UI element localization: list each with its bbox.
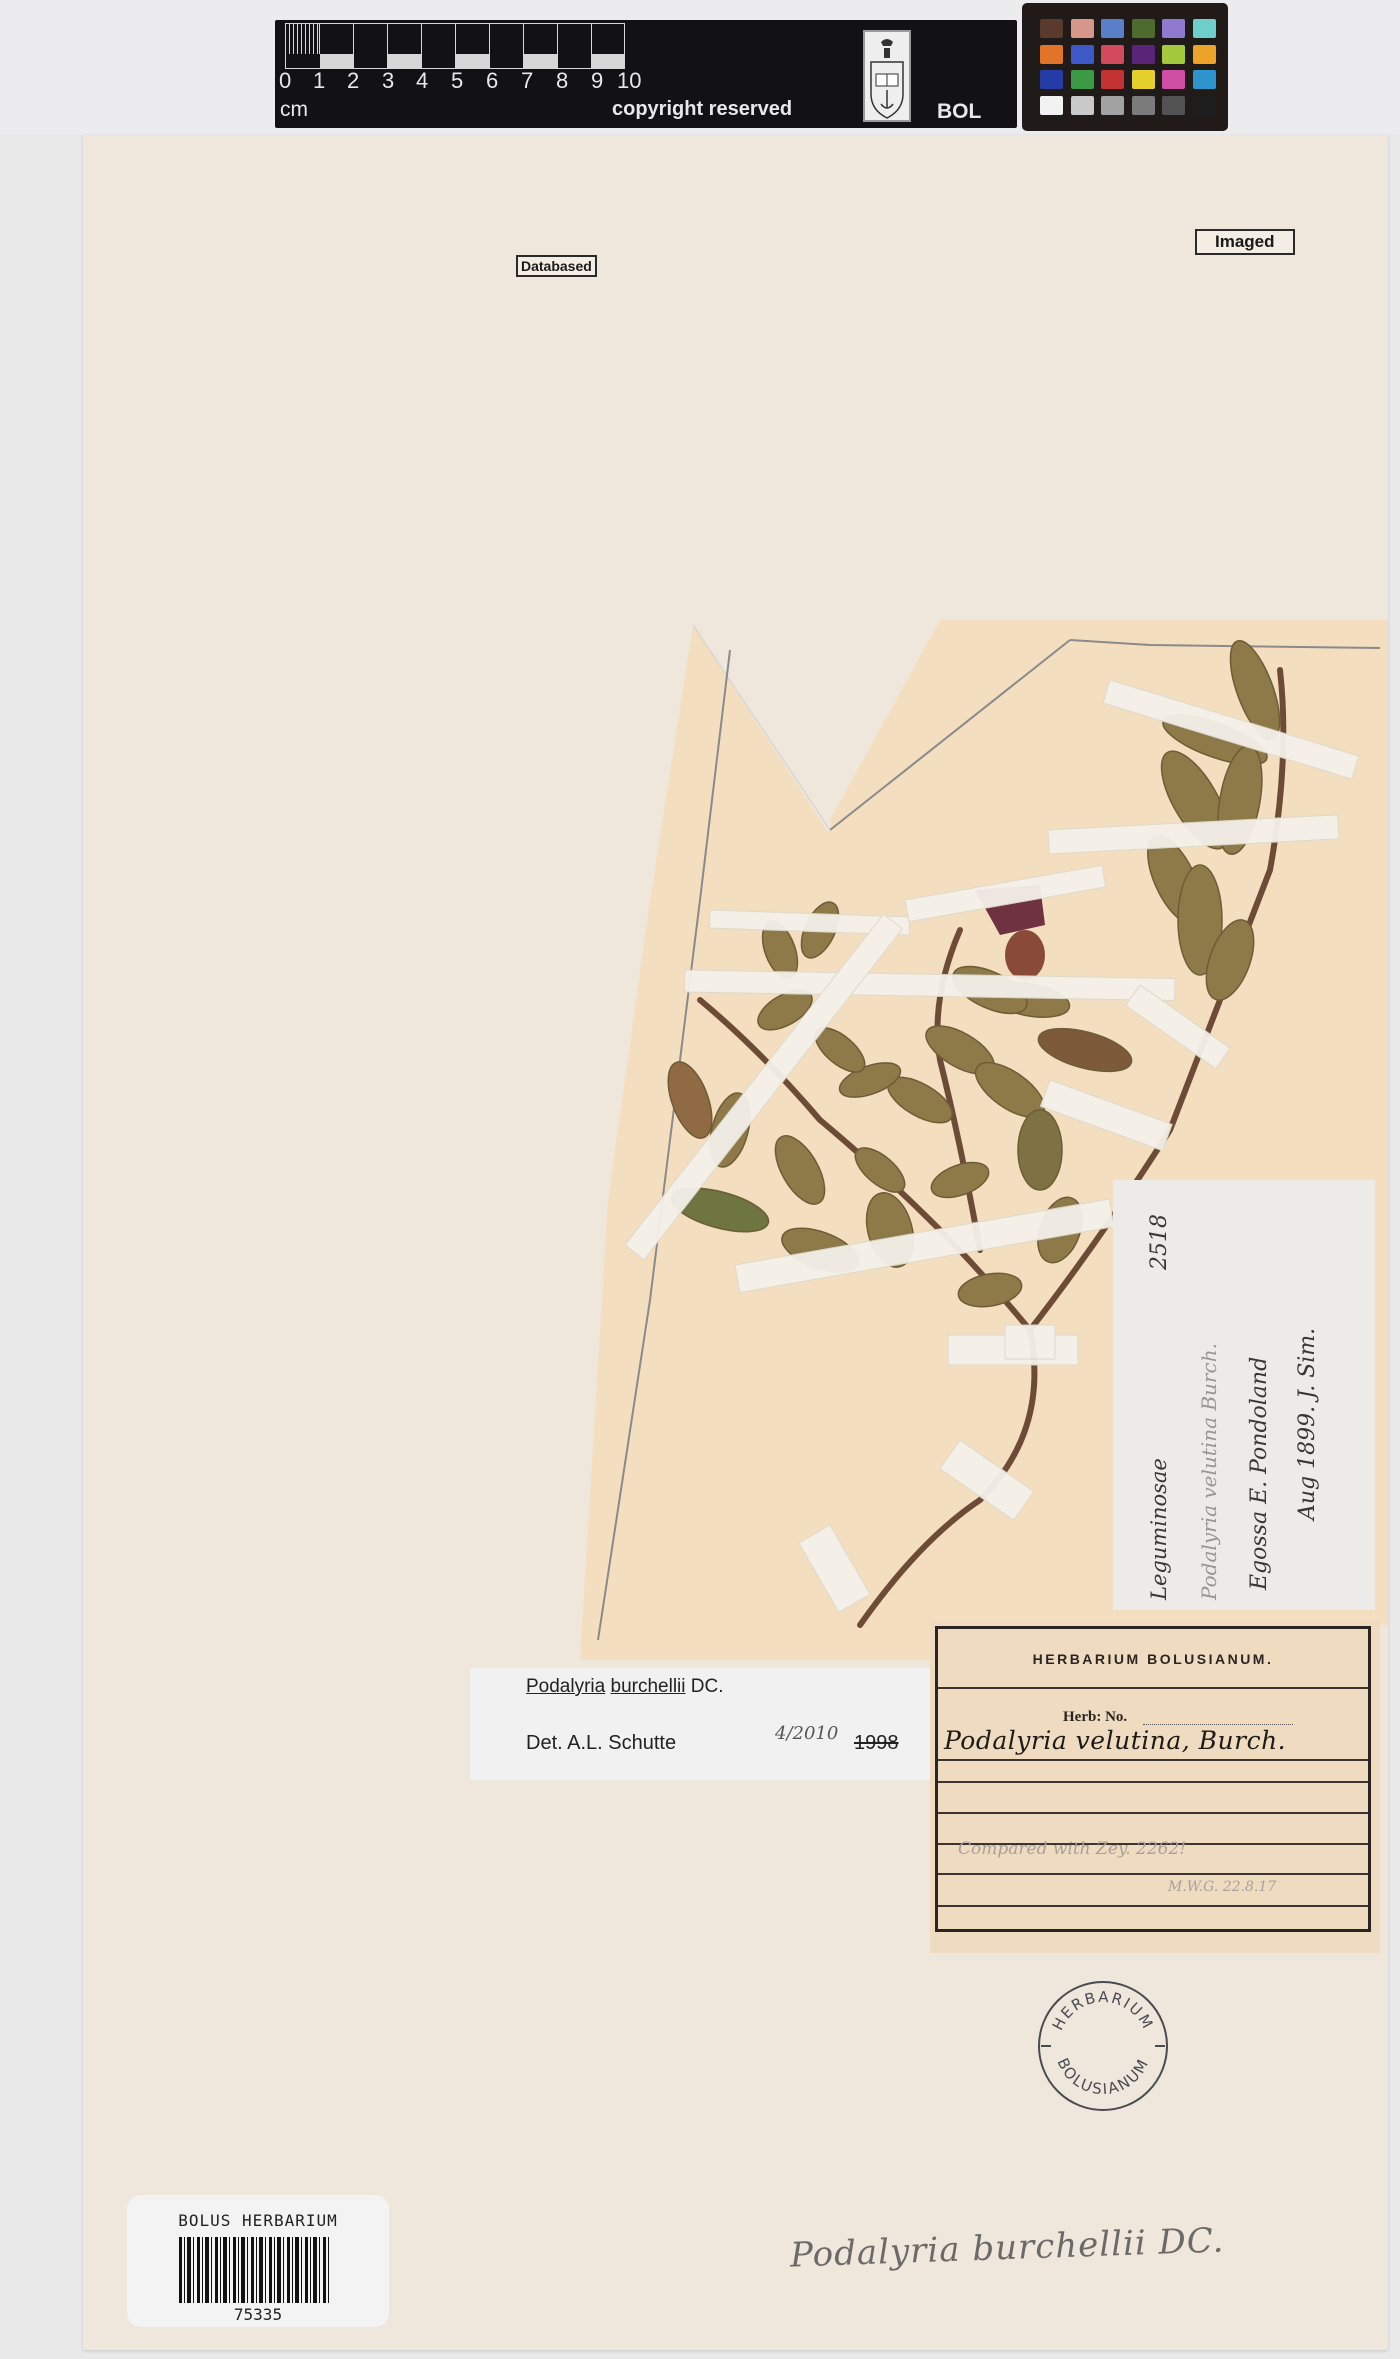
determination-slip: Podalyria burchellii DC. Det. A.L. Schut… [470,1668,932,1780]
barcode-title: BOLUS HERBARIUM [127,2211,389,2230]
herb-no-label: Herb: No. [1063,1709,1127,1726]
barcode-icon[interactable] [179,2237,331,2303]
label-compared-note: Compared with Zey. 2262! [958,1839,1186,1859]
det-date-new: 4/2010 [775,1723,838,1744]
determiner: Det. A.L. Schutte [526,1732,676,1755]
barcode-label: BOLUS HERBARIUM 75335 [127,2195,389,2327]
barcode-number: 75335 [127,2305,389,2324]
determination-name: Podalyria burchellii DC. [526,1676,724,1698]
collector-date: Aug 1899. J. Sim. [1295,1328,1320,1520]
det-species: burchellii [611,1676,686,1697]
svg-text:BOLUSIANUM: BOLUSIANUM [1053,2055,1152,2098]
collector-number: 2518 [1147,1214,1172,1270]
collector-label: Leguminosae 2518 Podalyria velutina Burc… [1113,1180,1375,1610]
label-species: Podalyria velutina, Burch. [944,1726,1286,1755]
herbarium-round-stamp: HERBARIUM BOLUSIANUM [1035,1978,1171,2114]
collector-species: Podalyria velutina Burch. [1197,1343,1221,1600]
det-genus: Podalyria [526,1676,605,1697]
label-note-initials: M.W.G. 22.8.17 [1168,1879,1276,1895]
det-date-old: 1998 [854,1732,899,1755]
det-author: DC. [691,1676,724,1697]
specimen-paper-lower [580,620,940,1660]
stamp-text-bottom: BOLUSIANUM [1053,2055,1152,2098]
collector-locality: Egossa E. Pondoland [1247,1357,1272,1590]
label-title: HERBARIUM BOLUSIANUM. [938,1651,1368,1667]
herbarium-bolusianum-label: HERBARIUM BOLUSIANUM. Herb: No. Podalyri… [930,1620,1380,1953]
collector-family: Leguminosae [1147,1458,1171,1600]
